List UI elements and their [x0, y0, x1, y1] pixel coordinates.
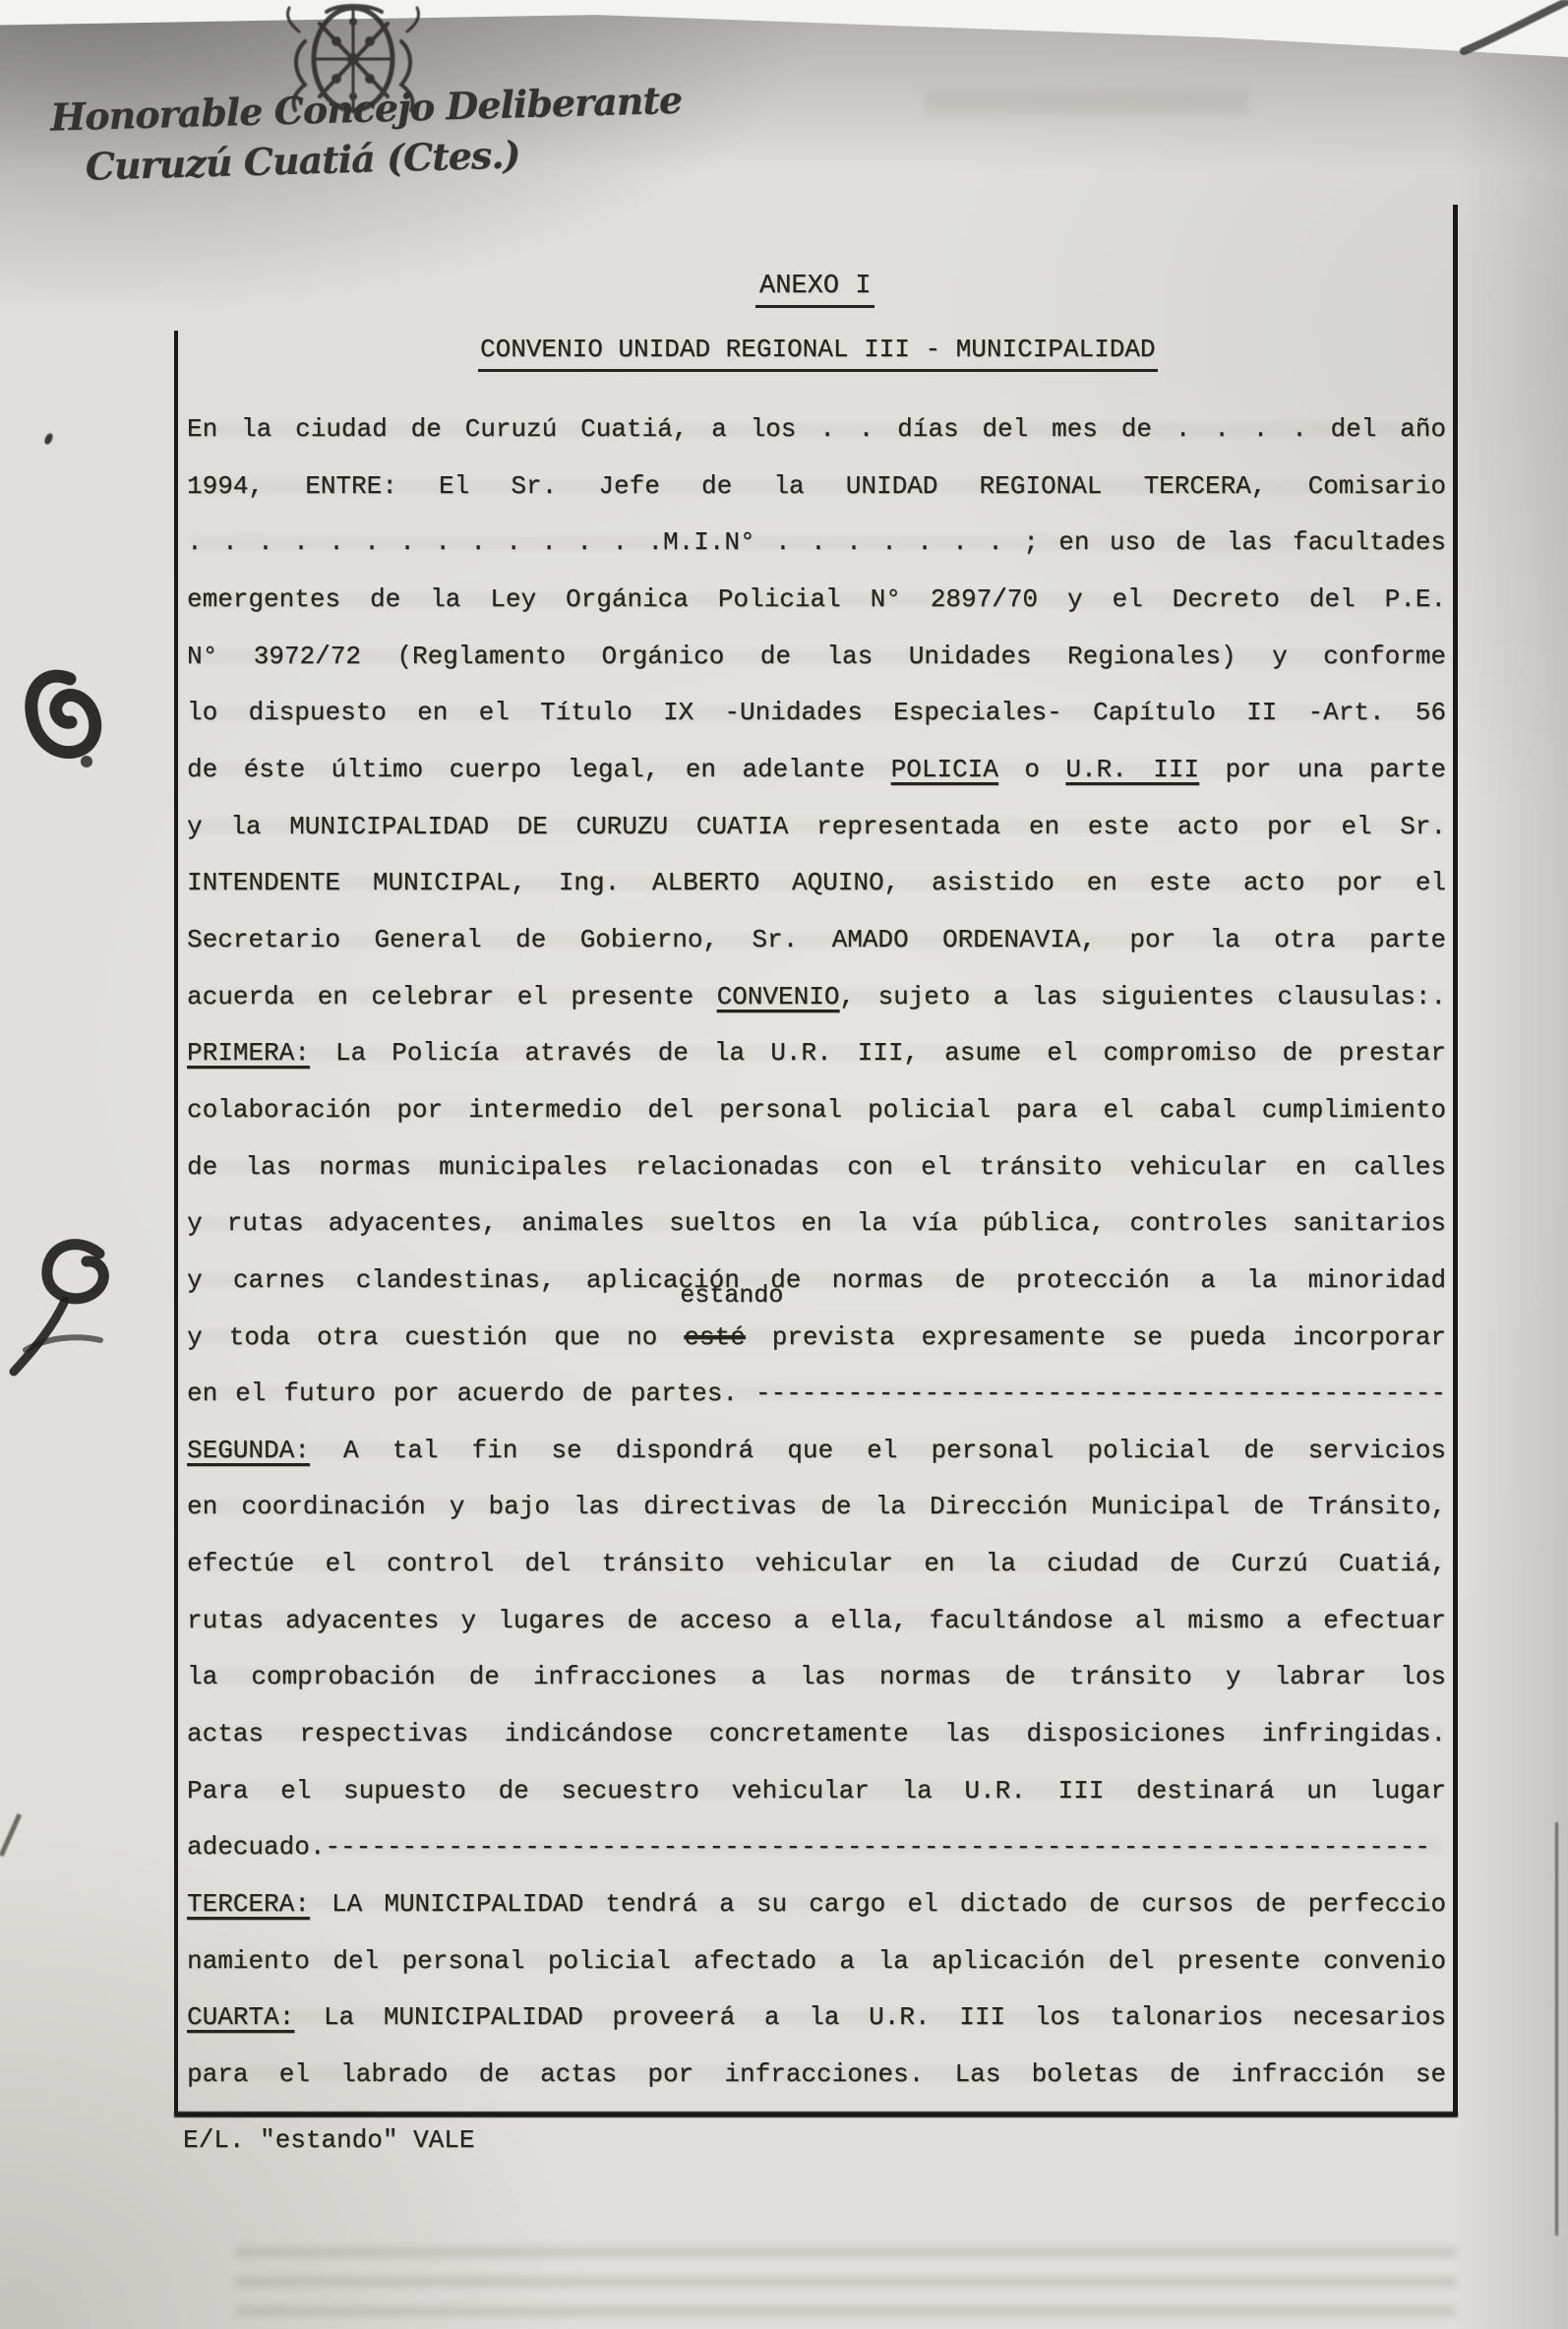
document-line: acuerda en celebrar el presente CONVENIO…: [187, 969, 1446, 1026]
typed-struck-word: esté: [684, 1322, 745, 1352]
document-line: efectúe el control del tránsito vehicula…: [187, 1536, 1446, 1593]
document-line: En la ciudad de Curuzú Cuatiá, a los . .…: [187, 401, 1446, 459]
document-line: colaboración por intermedio del personal…: [187, 1082, 1446, 1139]
letterhead: Honorable Concejo Deliberante Curuzú Cua…: [50, 78, 662, 189]
document-line: en coordinación y bajo las directivas de…: [187, 1479, 1446, 1536]
document-line: N° 3972/72 (Reglamento Orgánico de las U…: [187, 629, 1446, 686]
typed-correction-above: estando: [680, 1283, 783, 1308]
pen-mark-top-right: [1460, 0, 1568, 59]
document-line: INTENDENTE MUNICIPAL, Ing. ALBERTO AQUIN…: [187, 855, 1446, 912]
document-line: TERCERA: LA MUNICIPALIDAD tendrá a su ca…: [187, 1876, 1446, 1933]
ink-stain-lower: [6, 1232, 136, 1381]
frame-right-border: [1453, 205, 1458, 2115]
scanned-document-page: { "colors": { "paper": "#dfdeda", "ink":…: [0, 0, 1568, 2329]
document-line: Secretario General de Gobierno, Sr. AMAD…: [187, 912, 1446, 969]
document-line: y carnes clandestinas, aplicación de nor…: [187, 1253, 1446, 1310]
document-line: y la MUNICIPALIDAD DE CURUZU CUATIA repr…: [187, 799, 1446, 856]
frame-bottom-border: [174, 2112, 1458, 2117]
ink-speck: [43, 432, 54, 446]
scanner-edge-strip: [0, 0, 1568, 57]
footer-correction-note: E/L. "estando" VALE: [183, 2125, 474, 2155]
letterhead-city: Curuzú Cuatiá (Ctes.): [85, 128, 662, 188]
ink-stain-upper: [16, 661, 112, 777]
document-line: SEGUNDA: A tal fin se dispondrá que el p…: [187, 1423, 1446, 1480]
document-line: de las normas municipales relacionadas c…: [187, 1139, 1446, 1196]
document-line: de éste último cuerpo legal, en adelante…: [187, 742, 1446, 799]
document-line: adecuado.-------------------------------…: [187, 1819, 1446, 1876]
bleed-through-bottom: [236, 2247, 1456, 2329]
document-line: actas respectivas indicándose concretame…: [187, 1706, 1446, 1763]
document-line: 1994, ENTRE: El Sr. Jefe de la UNIDAD RE…: [187, 459, 1446, 516]
document-line: en el futuro por acuerdo de partes. ----…: [187, 1366, 1446, 1423]
scan-smudge: [925, 89, 1249, 114]
document-line: namiento del personal policial afectado …: [187, 1933, 1446, 1991]
document-line: y rutas adyacentes, animales sueltos en …: [187, 1195, 1446, 1253]
document-line: CUARTA: La MUNICIPALIDAD proveerá a la U…: [187, 1990, 1446, 2047]
page-edge-line: [1555, 1822, 1558, 2236]
margin-slash-mark: [0, 1813, 22, 1857]
document-line: la comprobación de infracciones a las no…: [187, 1649, 1446, 1706]
frame-left-border: [174, 331, 178, 2114]
document-line: lo dispuesto en el Título IX -Unidades E…: [187, 685, 1446, 742]
document-line: emergentes de la Ley Orgánica Policial N…: [187, 572, 1446, 629]
convenio-subtitle: CONVENIO UNIDAD REGIONAL III - MUNICIPAL…: [478, 335, 1158, 372]
document-line: y toda otra cuestión que no estandoesté …: [187, 1310, 1446, 1367]
document-line: para el labrado de actas por infraccione…: [187, 2047, 1446, 2104]
document-line: rutas adyacentes y lugares de acceso a e…: [187, 1593, 1446, 1650]
document-line: Para el supuesto de secuestro vehicular …: [187, 1763, 1446, 1820]
document-line: . . . . . . . . . . . . . .M.I.N° . . . …: [187, 515, 1446, 572]
document-line: PRIMERA: La Policía através de la U.R. I…: [187, 1025, 1446, 1082]
document-lines: En la ciudad de Curuzú Cuatiá, a los . .…: [187, 401, 1446, 2104]
annex-title: ANEXO I: [755, 272, 874, 308]
